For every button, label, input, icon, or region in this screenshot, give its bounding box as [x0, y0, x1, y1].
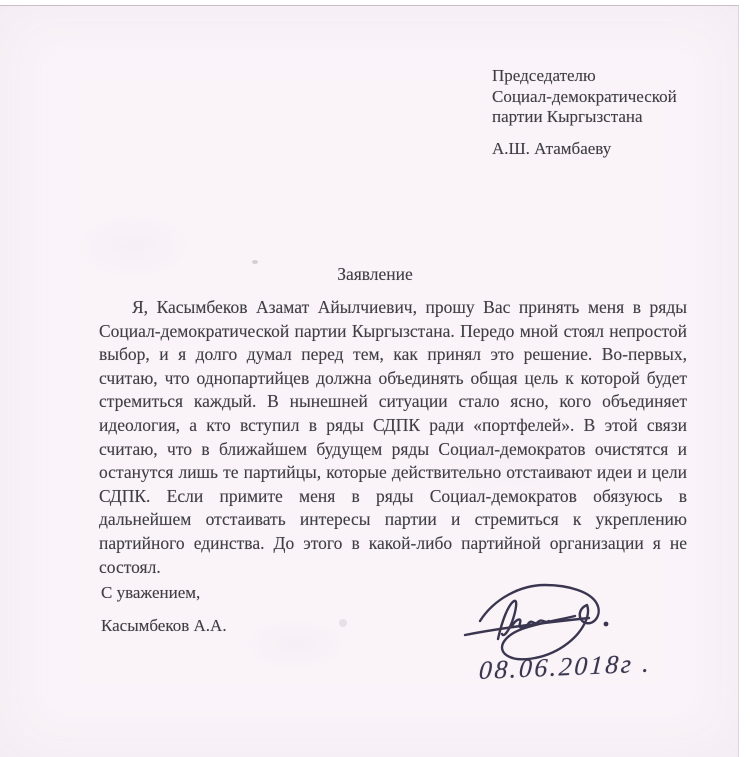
letter-title: Заявление	[0, 264, 750, 285]
recipient-line-1: Председателю	[492, 66, 596, 85]
letter-body: Я, Касымбеков Азамат Айылчиевич, прошу В…	[99, 296, 687, 579]
scan-smudge	[252, 260, 258, 264]
scanned-letter-page: Председателю Социал-демократической парт…	[0, 0, 750, 757]
recipient-name: А.Ш. Атамбаеву	[492, 138, 611, 159]
recipient-block: Председателю Социал-демократической парт…	[492, 66, 677, 128]
signature-period-dot	[604, 622, 609, 627]
signatory-name: Касымбеков А.А.	[101, 616, 227, 636]
closing-salutation: С уважением,	[101, 583, 200, 603]
recipient-line-3: партии Кыргызстана	[492, 107, 643, 126]
scan-smudge	[339, 619, 347, 627]
recipient-line-2: Социал-демократической	[492, 87, 677, 106]
signature-inner-stroke	[498, 601, 549, 639]
